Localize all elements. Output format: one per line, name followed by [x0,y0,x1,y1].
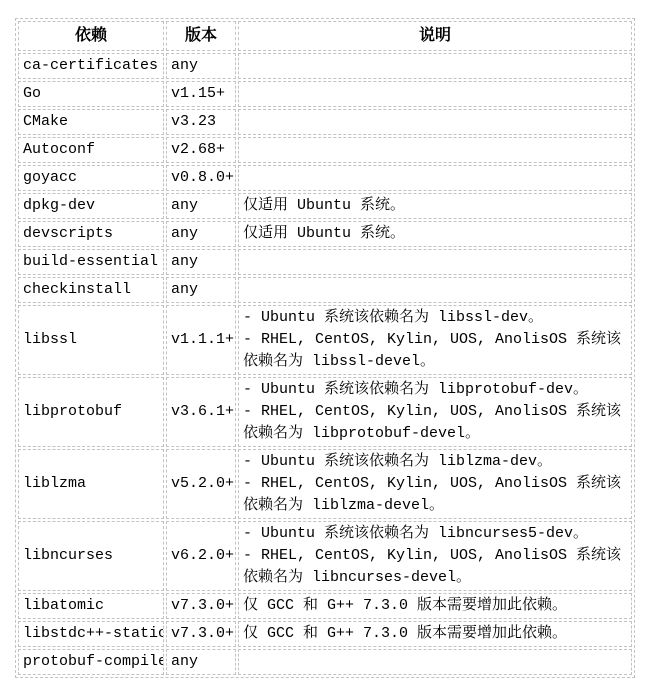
dependency-cell: dpkg-dev [18,193,164,219]
description-cell [238,137,632,163]
table-row: libprotobuf v3.6.1+ - Ubuntu 系统该依赖名为 lib… [18,377,632,447]
description-cell: - Ubuntu 系统该依赖名为 libprotobuf-dev。 - RHEL… [238,377,632,447]
dependency-cell: libssl [18,305,164,375]
description-cell [238,109,632,135]
document-page: 依赖 版本 说明 ca-certificates any Go v1.15+ C… [0,0,647,682]
table-row: ca-certificates any [18,53,632,79]
table-row: dpkg-dev any 仅适用 Ubuntu 系统。 [18,193,632,219]
version-cell: v1.1.1+ [166,305,236,375]
dependency-cell: build-essential [18,249,164,275]
table-row: Autoconf v2.68+ [18,137,632,163]
table-row: devscripts any 仅适用 Ubuntu 系统。 [18,221,632,247]
version-cell: any [166,277,236,303]
version-cell: v0.8.0+ [166,165,236,191]
dependency-cell: libstdc++-static [18,621,164,647]
dependency-cell: CMake [18,109,164,135]
table-row: protobuf-compiler any [18,649,632,675]
description-cell [238,649,632,675]
table-row: libstdc++-static v7.3.0+ 仅 GCC 和 G++ 7.3… [18,621,632,647]
description-cell [238,81,632,107]
version-cell: v5.2.0+ [166,449,236,519]
version-cell: any [166,53,236,79]
version-cell: v1.15+ [166,81,236,107]
version-cell: any [166,249,236,275]
description-cell: - Ubuntu 系统该依赖名为 libncurses5-dev。 - RHEL… [238,521,632,591]
version-cell: any [166,193,236,219]
dependency-cell: Autoconf [18,137,164,163]
column-header-description: 说明 [238,21,632,51]
table-header-row: 依赖 版本 说明 [18,21,632,51]
description-cell: 仅 GCC 和 G++ 7.3.0 版本需要增加此依赖。 [238,593,632,619]
table-row: Go v1.15+ [18,81,632,107]
description-cell: 仅适用 Ubuntu 系统。 [238,221,632,247]
table-row: goyacc v0.8.0+ [18,165,632,191]
description-cell: 仅 GCC 和 G++ 7.3.0 版本需要增加此依赖。 [238,621,632,647]
dependency-cell: checkinstall [18,277,164,303]
dependency-cell: ca-certificates [18,53,164,79]
description-cell: - Ubuntu 系统该依赖名为 liblzma-dev。 - RHEL, Ce… [238,449,632,519]
version-cell: v3.6.1+ [166,377,236,447]
table-row: checkinstall any [18,277,632,303]
dependency-cell: libatomic [18,593,164,619]
dependency-cell: liblzma [18,449,164,519]
version-cell: v3.23 [166,109,236,135]
table-row: CMake v3.23 [18,109,632,135]
dependency-cell: Go [18,81,164,107]
dependency-cell: devscripts [18,221,164,247]
description-cell [238,165,632,191]
dependency-table: 依赖 版本 说明 ca-certificates any Go v1.15+ C… [15,18,635,678]
description-cell [238,53,632,79]
description-cell [238,277,632,303]
table-row: libncurses v6.2.0+ - Ubuntu 系统该依赖名为 libn… [18,521,632,591]
dependency-cell: protobuf-compiler [18,649,164,675]
description-cell [238,249,632,275]
version-cell: v6.2.0+ [166,521,236,591]
column-header-version: 版本 [166,21,236,51]
table-row: libatomic v7.3.0+ 仅 GCC 和 G++ 7.3.0 版本需要… [18,593,632,619]
dependency-cell: goyacc [18,165,164,191]
table-row: build-essential any [18,249,632,275]
description-cell: - Ubuntu 系统该依赖名为 libssl-dev。 - RHEL, Cen… [238,305,632,375]
version-cell: v7.3.0+ [166,593,236,619]
version-cell: any [166,649,236,675]
dependency-cell: libncurses [18,521,164,591]
table-row: liblzma v5.2.0+ - Ubuntu 系统该依赖名为 liblzma… [18,449,632,519]
description-cell: 仅适用 Ubuntu 系统。 [238,193,632,219]
column-header-dependency: 依赖 [18,21,164,51]
version-cell: v7.3.0+ [166,621,236,647]
version-cell: v2.68+ [166,137,236,163]
dependency-cell: libprotobuf [18,377,164,447]
table-row: libssl v1.1.1+ - Ubuntu 系统该依赖名为 libssl-d… [18,305,632,375]
version-cell: any [166,221,236,247]
